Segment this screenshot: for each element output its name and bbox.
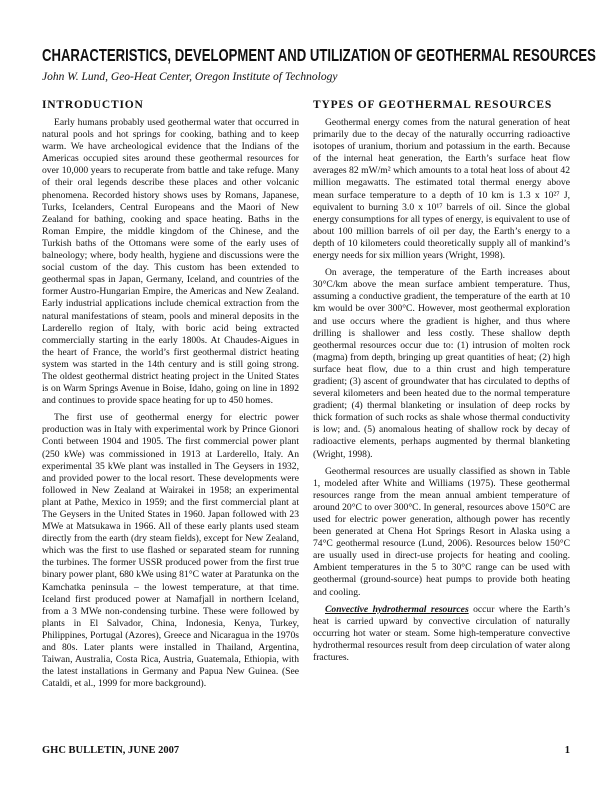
convective-runin-heading: Convective hydrothermal resources: [325, 604, 469, 615]
two-column-body: INTRODUCTION Early humans probably used …: [42, 99, 570, 695]
document-page: CHARACTERISTICS, DEVELOPMENT AND UTILIZA…: [0, 0, 612, 792]
types-paragraph-2: On average, the temperature of the Earth…: [313, 267, 570, 461]
document-header: CHARACTERISTICS, DEVELOPMENT AND UTILIZA…: [42, 46, 570, 66]
intro-paragraph-2: The first use of geothermal energy for e…: [42, 412, 299, 690]
footer-page-number: 1: [565, 744, 570, 757]
types-paragraph-1: Geothermal energy comes from the natural…: [313, 117, 570, 262]
right-column: TYPES OF GEOTHERMAL RESOURCES Geothermal…: [313, 99, 570, 695]
section-heading-types: TYPES OF GEOTHERMAL RESOURCES: [313, 99, 570, 112]
author-line: John W. Lund, Geo-Heat Center, Oregon In…: [42, 70, 570, 84]
footer-bulletin: GHC BULLETIN, JUNE 2007: [42, 744, 179, 757]
types-paragraph-3: Geothermal resources are usually classif…: [313, 466, 570, 599]
types-paragraph-convective: Convective hydrothermal resources occur …: [313, 604, 570, 664]
section-heading-introduction: INTRODUCTION: [42, 99, 299, 112]
page-footer: GHC BULLETIN, JUNE 2007 1: [42, 744, 570, 757]
intro-paragraph-1: Early humans probably used geothermal wa…: [42, 117, 299, 407]
left-column: INTRODUCTION Early humans probably used …: [42, 99, 299, 695]
page-title: CHARACTERISTICS, DEVELOPMENT AND UTILIZA…: [42, 46, 596, 65]
